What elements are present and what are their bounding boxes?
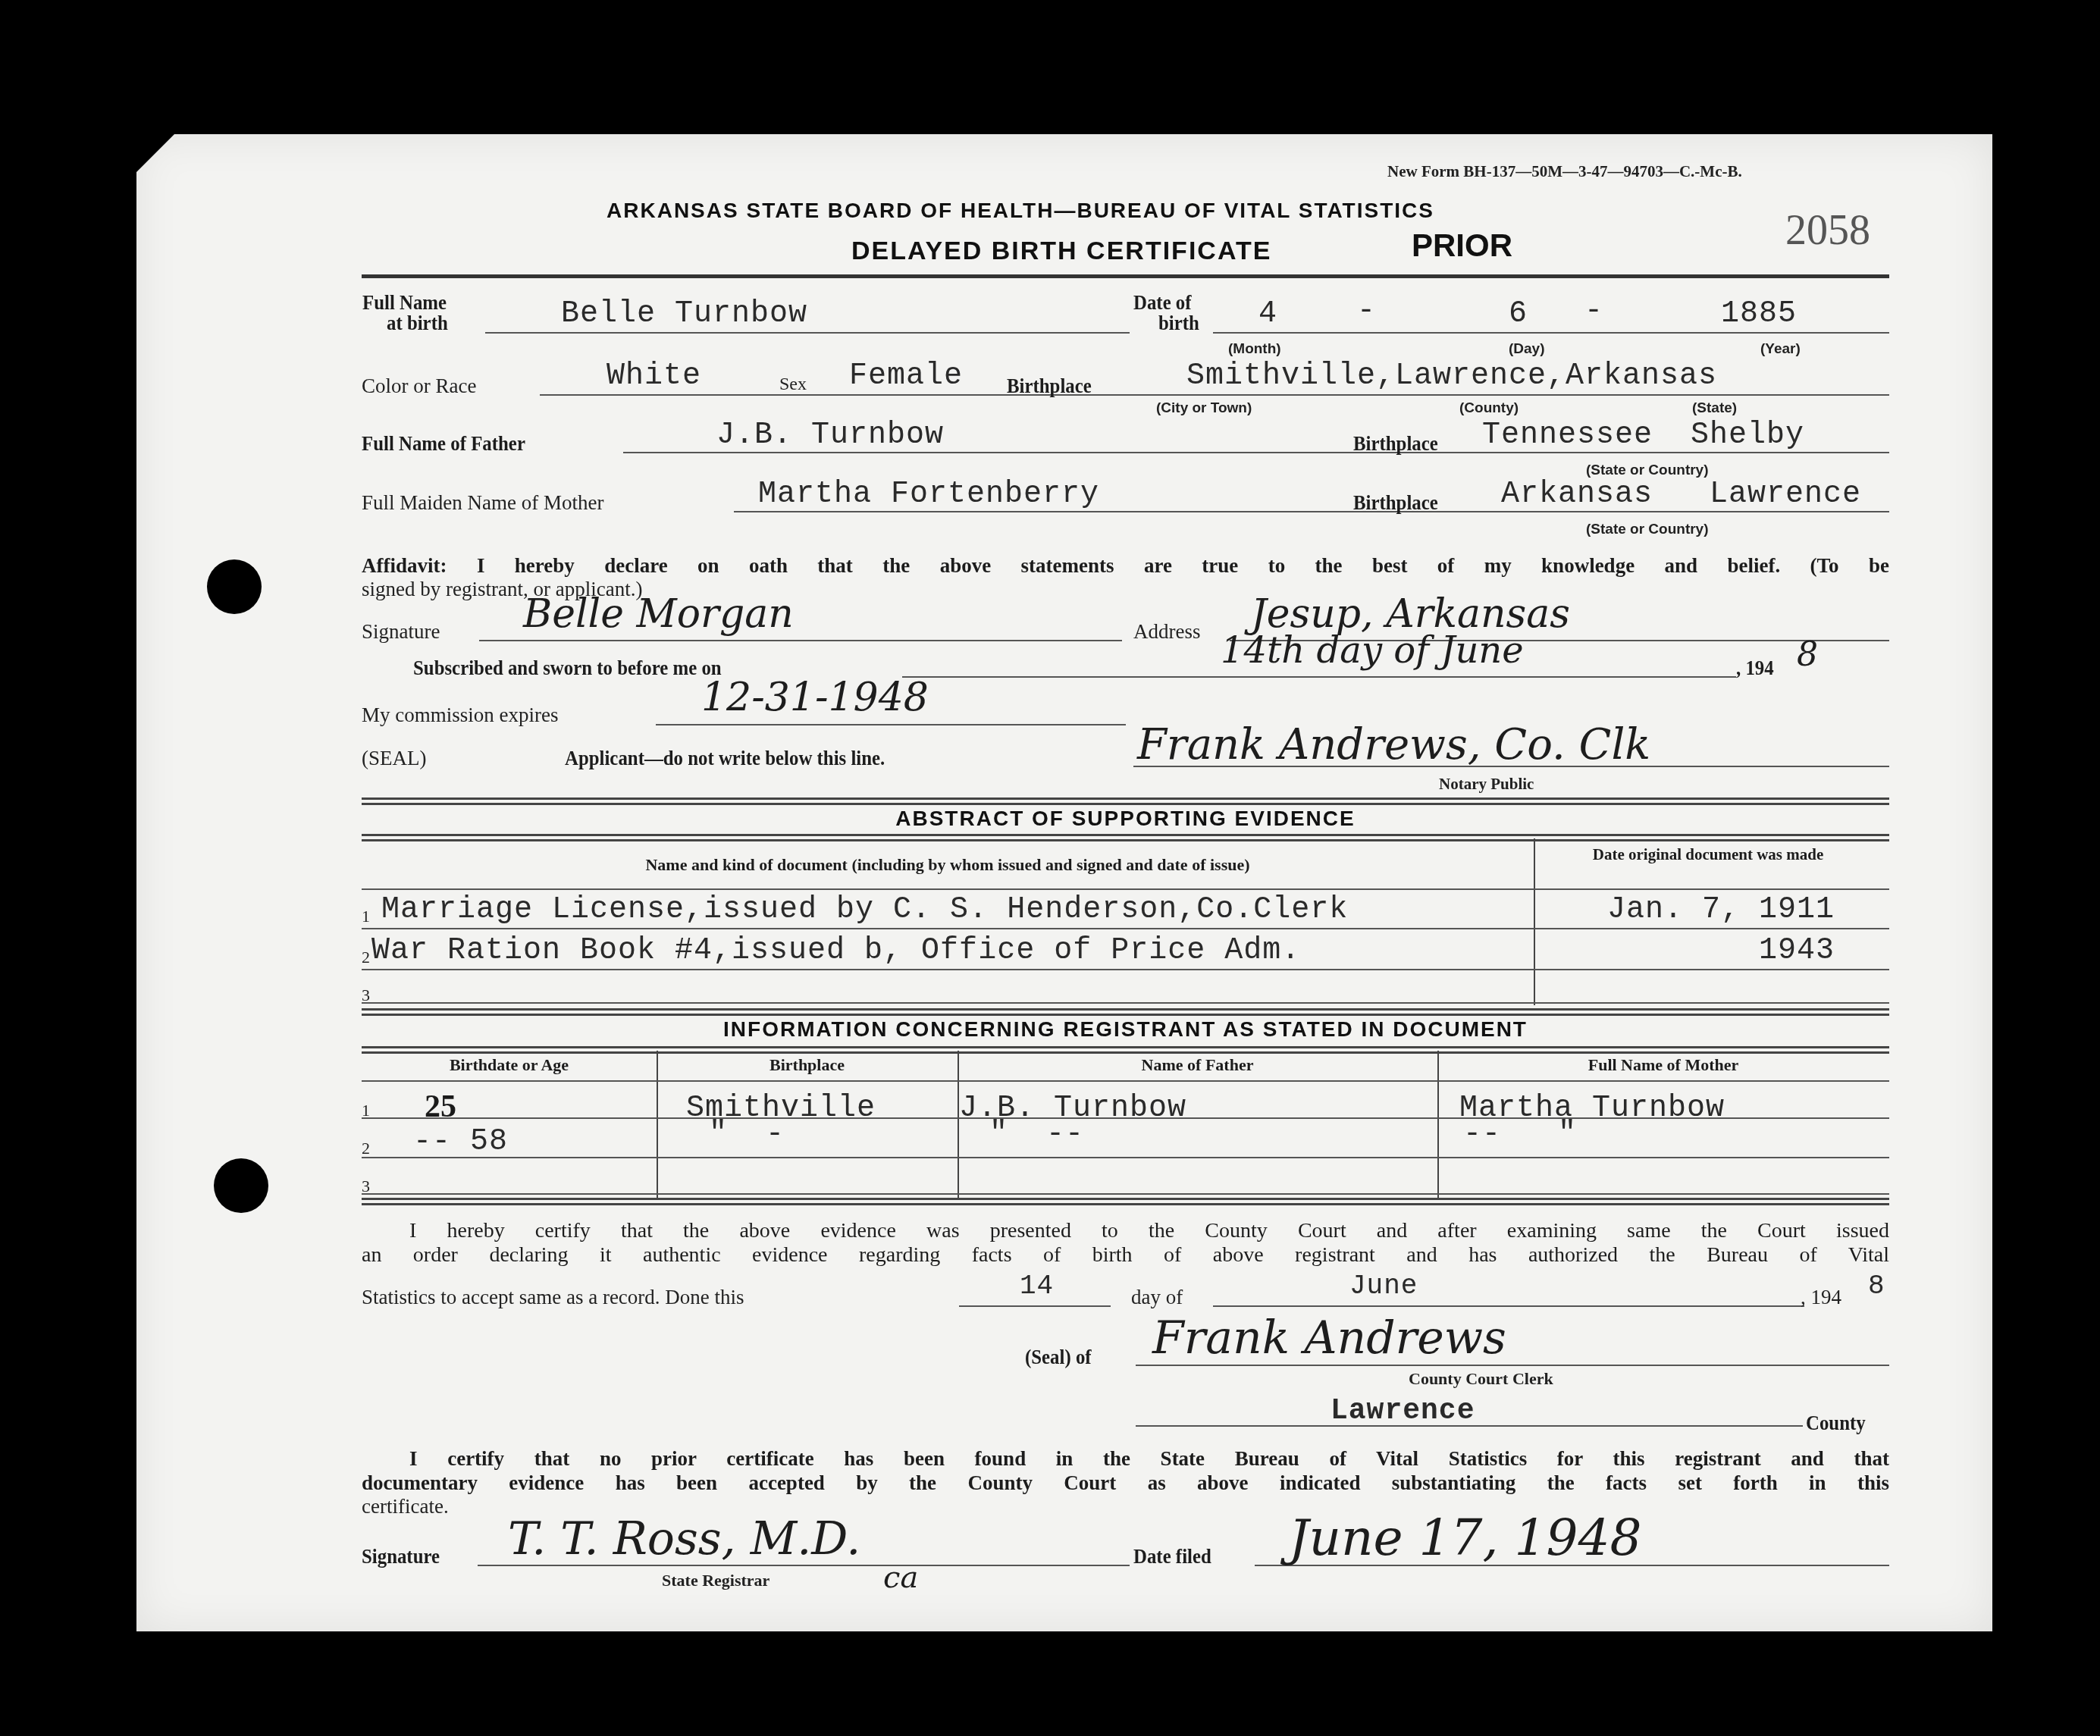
- month-caption: (Month): [1228, 341, 1281, 358]
- signature-line: [479, 640, 1122, 641]
- abstract-document: Marriage License,issued by C. S. Henders…: [381, 893, 1348, 927]
- address-label: Address: [1133, 620, 1201, 644]
- sex-label: Sex: [779, 374, 807, 395]
- mother-birthplace: Arkansas Lawrence: [1501, 478, 1861, 512]
- punch-hole-top: [207, 559, 262, 614]
- court-month: June: [1349, 1271, 1418, 1302]
- registrar-certify-3: certificate.: [362, 1495, 449, 1518]
- info-bottom-rule: [362, 1198, 1889, 1205]
- dob-label-2: birth: [1158, 312, 1199, 335]
- info-col-father: Name of Father: [958, 1055, 1437, 1075]
- info-age: 25: [425, 1089, 456, 1125]
- row-line: [362, 1002, 1889, 1004]
- header-rule: [362, 274, 1889, 278]
- notary-signature: Frank Andrews, Co. Clk: [1137, 720, 1650, 769]
- race-value: White: [606, 359, 701, 393]
- abstract-row-num: 1: [362, 907, 370, 926]
- punch-hole-bottom: [214, 1158, 268, 1213]
- info-col-birthplace: Birthplace: [657, 1055, 958, 1075]
- abstract-row-num: 2: [362, 948, 370, 967]
- info-birthplace: " -: [709, 1117, 785, 1152]
- mother-birthplace-caption: (State or Country): [1586, 522, 1709, 538]
- info-heading: INFORMATION CONCERNING REGISTRANT AS STA…: [362, 1017, 1889, 1042]
- row-line: [362, 1193, 1889, 1195]
- date-filed-label: Date filed: [1133, 1545, 1211, 1568]
- abstract-top-rule: [362, 797, 1889, 805]
- info-father: " --: [989, 1117, 1084, 1152]
- dob-month: 4: [1258, 297, 1277, 331]
- race-label: Color or Race: [362, 374, 476, 398]
- court-day-of-label: day of: [1131, 1286, 1183, 1309]
- mother-label: Full Maiden Name of Mother: [362, 491, 603, 515]
- info-row-num: 2: [362, 1139, 370, 1158]
- day-caption: (Day): [1509, 341, 1545, 358]
- applicant-note: Applicant—do not write below this line.: [565, 747, 885, 770]
- race-line: [540, 394, 1889, 396]
- court-certify-1: I hereby certify that the above evidence…: [409, 1219, 1889, 1243]
- birthplace-label: Birthplace: [1007, 374, 1092, 398]
- father-label: Full Name of Father: [362, 432, 525, 456]
- clerk-line: [1136, 1365, 1889, 1366]
- court-year-prefix: , 194: [1801, 1286, 1841, 1309]
- dob-sep-2: -: [1584, 294, 1603, 328]
- row-line: [362, 928, 1889, 929]
- court-certify-2: an order declaring it authentic evidence…: [362, 1243, 1889, 1268]
- affidavit-text-1: Affidavit: I hereby declare on oath that…: [362, 553, 1889, 578]
- info-age: -- 58: [413, 1125, 508, 1159]
- date-filed: June 17, 1948: [1289, 1509, 1641, 1567]
- row-line: [362, 1157, 1889, 1158]
- county-caption: (County): [1459, 400, 1519, 417]
- dob-year: 1885: [1721, 297, 1797, 331]
- abstract-header-bottom: [362, 888, 1889, 890]
- abstract-heading: ABSTRACT OF SUPPORTING EVIDENCE: [362, 807, 1889, 831]
- dob-line: [1213, 332, 1889, 334]
- abstract-date: 1943: [1547, 934, 1835, 968]
- court-day: 14: [1020, 1271, 1054, 1302]
- court-day-line: [959, 1305, 1111, 1307]
- info-top-rule: [362, 1008, 1889, 1016]
- court-county: Lawrence: [1331, 1395, 1475, 1427]
- year-caption: (Year): [1760, 341, 1801, 358]
- sex-value: Female: [849, 359, 963, 393]
- abstract-header-rule: [362, 834, 1889, 841]
- row-line: [362, 969, 1889, 970]
- registrar-certify-1: I certify that no prior certificate has …: [409, 1446, 1889, 1471]
- full-name-line: [485, 332, 1130, 334]
- sworn-year-suffix: 8: [1797, 635, 1818, 674]
- state-caption: (State): [1692, 400, 1737, 417]
- notary-caption: Notary Public: [1439, 775, 1534, 794]
- certificate-number: 2058: [1785, 206, 1870, 255]
- abstract-col-date: Date original document was made: [1564, 844, 1852, 864]
- father-birthplace: Tennessee Shelby: [1482, 418, 1804, 453]
- form-number: New Form BH-137—50M—3-47—94703—C.-Mc-B.: [1387, 162, 1742, 181]
- city-caption: (City or Town): [1156, 400, 1252, 417]
- info-header-bottom: [362, 1080, 1889, 1082]
- info-col-mother: Full Name of Mother: [1437, 1055, 1889, 1075]
- father-name: J.B. Turnbow: [716, 418, 944, 453]
- county-label: County: [1806, 1412, 1866, 1435]
- clerk-signature: Frank Andrews: [1152, 1311, 1506, 1365]
- sworn-line: [902, 676, 1736, 678]
- father-birthplace-label: Birthplace: [1353, 432, 1438, 456]
- mother-birthplace-label: Birthplace: [1353, 491, 1438, 515]
- agency-heading: ARKANSAS STATE BOARD OF HEALTH—BUREAU OF…: [606, 199, 1434, 223]
- dob-day: 6: [1509, 297, 1528, 331]
- registrar-signature-label: Signature: [362, 1545, 440, 1568]
- applicant-signature: Belle Morgan: [523, 591, 794, 637]
- info-mother: -- ": [1463, 1117, 1577, 1152]
- commission-line: [656, 724, 1126, 725]
- prior-stamp: PRIOR: [1412, 227, 1512, 264]
- registrar-certify-2: documentary evidence has been accepted b…: [362, 1471, 1889, 1495]
- sworn-date: 14th day of June: [1221, 629, 1524, 672]
- birthplace-value: Smithville,Lawrence,Arkansas: [1186, 359, 1717, 393]
- info-header-rule: [362, 1046, 1889, 1054]
- court-month-line: [1213, 1305, 1804, 1307]
- court-certify-3: Statistics to accept same as a record. D…: [362, 1286, 744, 1309]
- commission-label: My commission expires: [362, 703, 558, 727]
- mother-name: Martha Fortenberry: [758, 478, 1099, 512]
- clerk-caption: County Court Clerk: [1409, 1369, 1553, 1389]
- court-seal-label: (Seal) of: [1025, 1346, 1092, 1369]
- sworn-year-prefix: , 194: [1736, 656, 1774, 680]
- torn-corner: [136, 134, 174, 172]
- seal-label: (SEAL): [362, 747, 426, 770]
- commission-date: 12-31-1948: [701, 675, 929, 720]
- abstract-date: Jan. 7, 1911: [1547, 893, 1835, 927]
- row-line: [362, 1117, 1889, 1119]
- info-col-age: Birthdate or Age: [362, 1055, 657, 1075]
- father-birthplace-caption: (State or Country): [1586, 462, 1709, 479]
- abstract-divider: [1534, 838, 1535, 1005]
- registrar-signature: T. T. Ross, M.D.: [508, 1512, 860, 1565]
- registrar-caption: State Registrar: [662, 1571, 769, 1590]
- signature-label: Signature: [362, 620, 440, 644]
- sworn-label: Subscribed and sworn to before me on: [413, 656, 722, 680]
- full-name-value: Belle Turnbow: [561, 297, 807, 331]
- registrar-initials: ca: [883, 1560, 918, 1595]
- dob-sep-1: -: [1357, 294, 1376, 328]
- certificate-title: DELAYED BIRTH CERTIFICATE: [851, 237, 1271, 266]
- court-year-suffix: 8: [1868, 1271, 1885, 1302]
- full-name-label-2: at birth: [387, 312, 448, 335]
- abstract-col-document: Name and kind of document (including by …: [362, 855, 1534, 875]
- abstract-document: War Ration Book #4,issued b, Office of P…: [371, 934, 1300, 968]
